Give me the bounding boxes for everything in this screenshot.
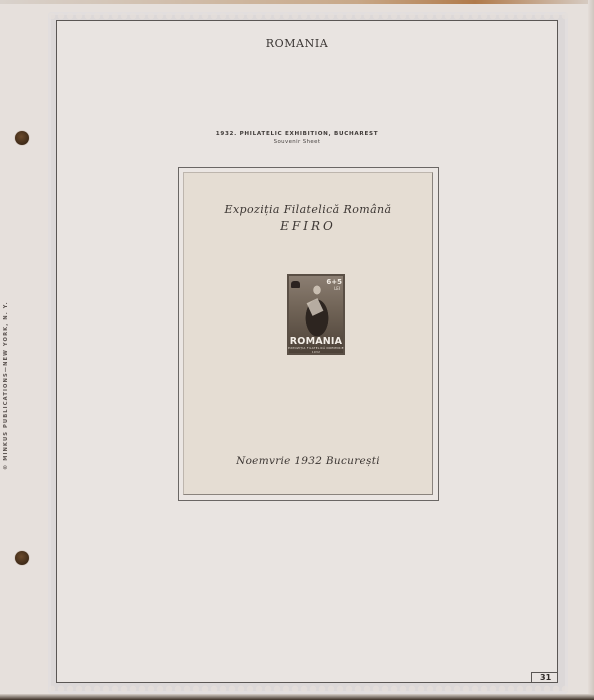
binder-hole-bottom [15, 551, 29, 565]
publisher-credit: © MINKUS PUBLICATIONS—NEW YORK, N. Y. [3, 301, 9, 470]
crown-icon [291, 281, 300, 288]
stamp-subtitle: EXPOZIȚIA FILATELICĂ NOEMVRIE 1932 [287, 346, 345, 354]
album-top-edge [0, 0, 594, 4]
issue-subcaption: Souvenir Sheet [0, 139, 594, 145]
album-right-edge [588, 0, 594, 700]
issue-caption: 1932. PHILATELIC EXHIBITION, BUCHAREST [0, 131, 594, 137]
page-number: 31 [540, 673, 551, 682]
stamp: 6+5 LEI ROMANIA EXPOZIȚIA FILATELICĂ NOE… [287, 274, 345, 355]
sheet-inscription-efiro: EFIRO [183, 219, 433, 233]
sheet-inscription-bottom: Noemvrie 1932 București [183, 455, 433, 467]
sheet-inscription-top: Expoziția Filatelică Română [183, 203, 433, 216]
album-bottom-edge [0, 694, 594, 700]
country-heading: ROMANIA [0, 37, 594, 50]
stamp-currency: LEI [334, 286, 340, 291]
stamp-value: 6+5 [326, 278, 342, 286]
